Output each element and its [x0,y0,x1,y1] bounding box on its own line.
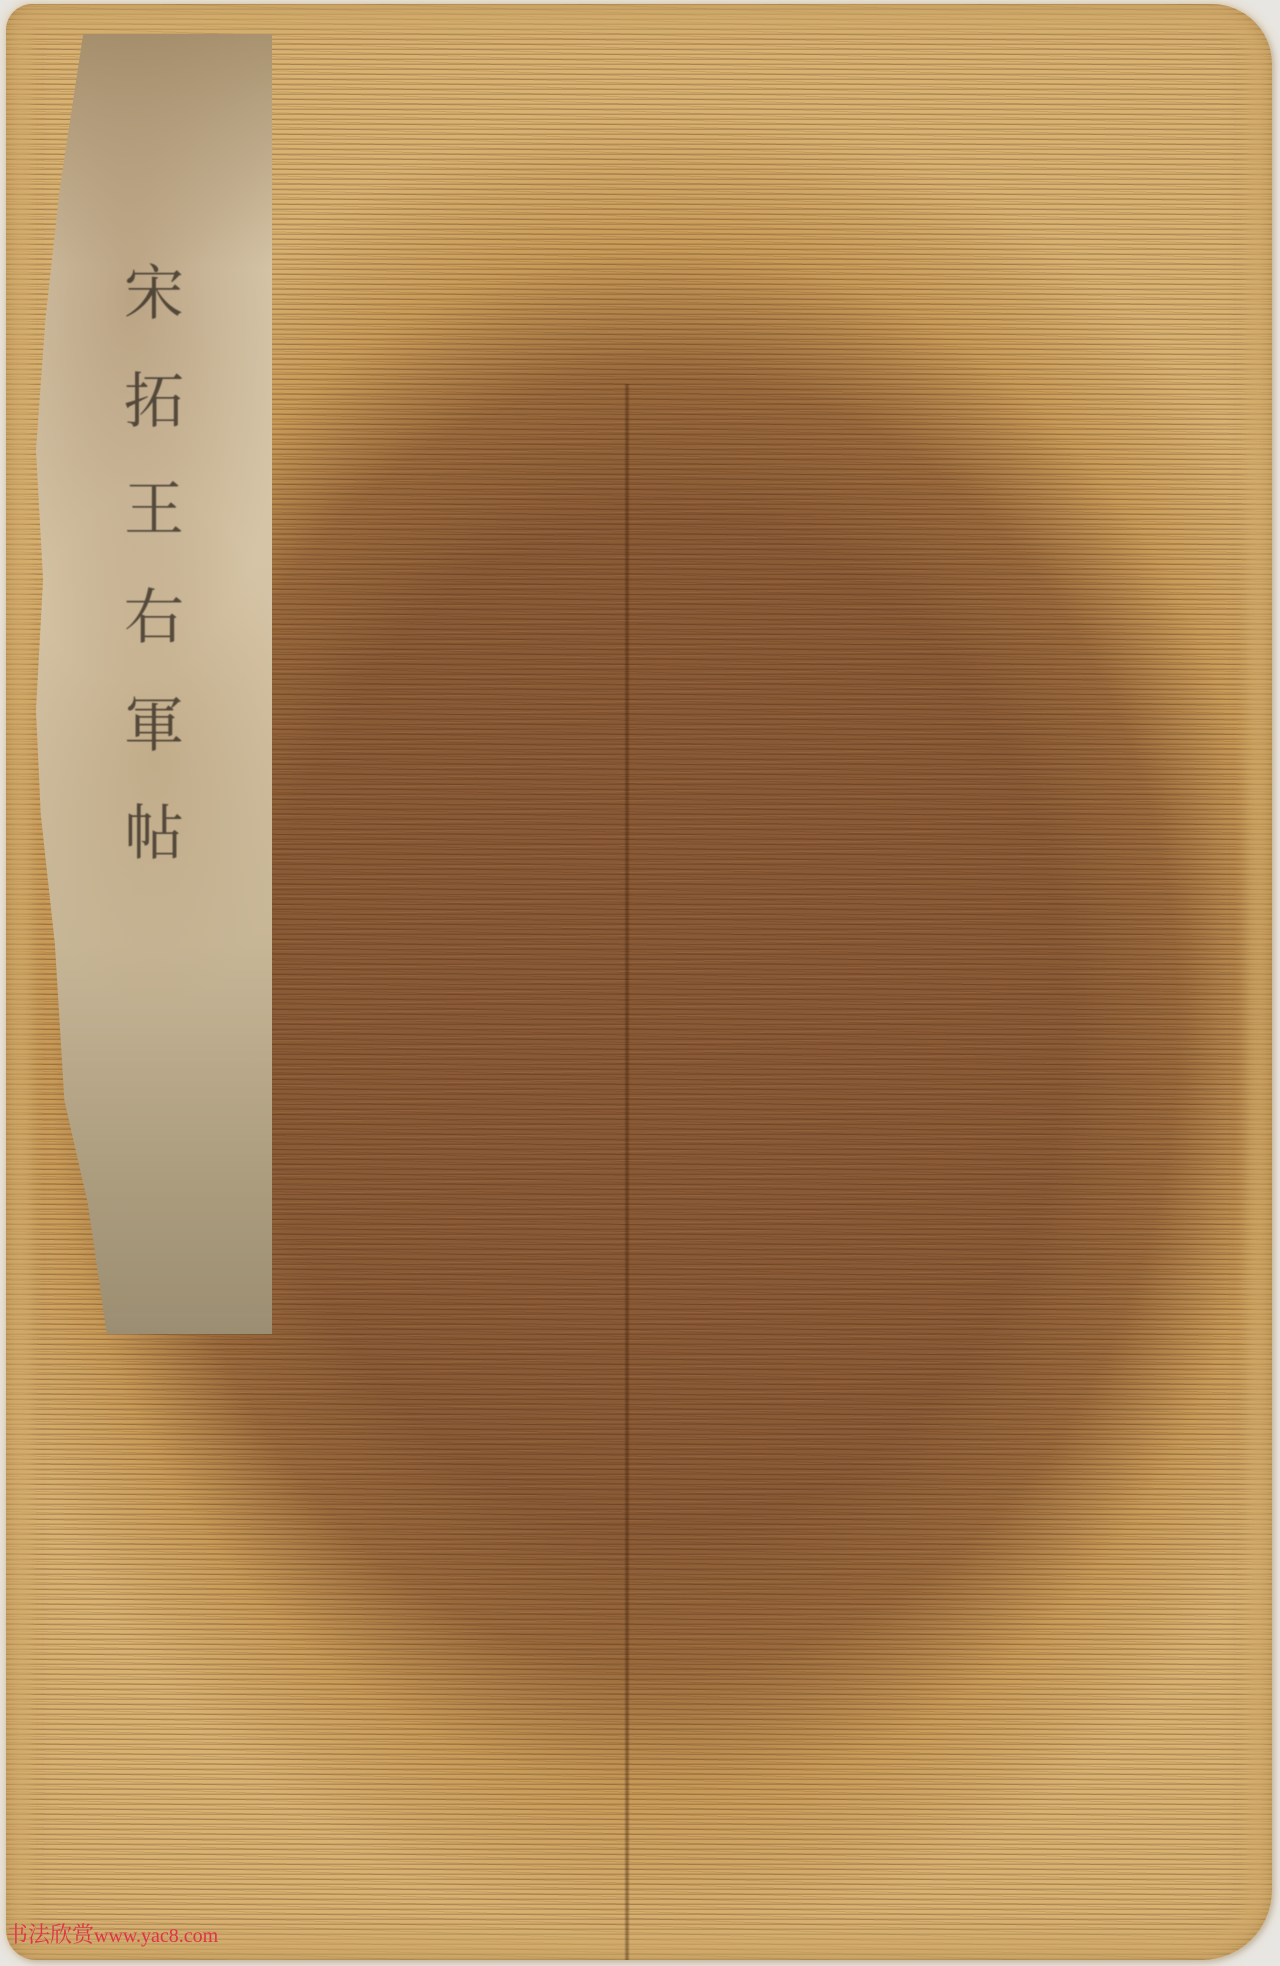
title-char: 右 [124,588,184,648]
watermark-url: www.yac8.com [94,1925,218,1947]
title-char: 宋 [124,264,184,324]
title-char: 軍 [124,696,184,756]
watermark-site-name: 书法欣赏 [6,1923,94,1948]
watermark: 书法欣赏www.yac8.com [6,1918,218,1949]
center-seam [624,384,630,1960]
title-char: 帖 [124,804,184,864]
title-strip: 宋 拓 王 右 軍 帖 [36,34,272,1334]
title-text: 宋 拓 王 右 軍 帖 [36,264,272,864]
title-char: 拓 [124,372,184,432]
title-char: 王 [124,480,184,540]
book-cover: 宋 拓 王 右 軍 帖 [6,4,1272,1960]
